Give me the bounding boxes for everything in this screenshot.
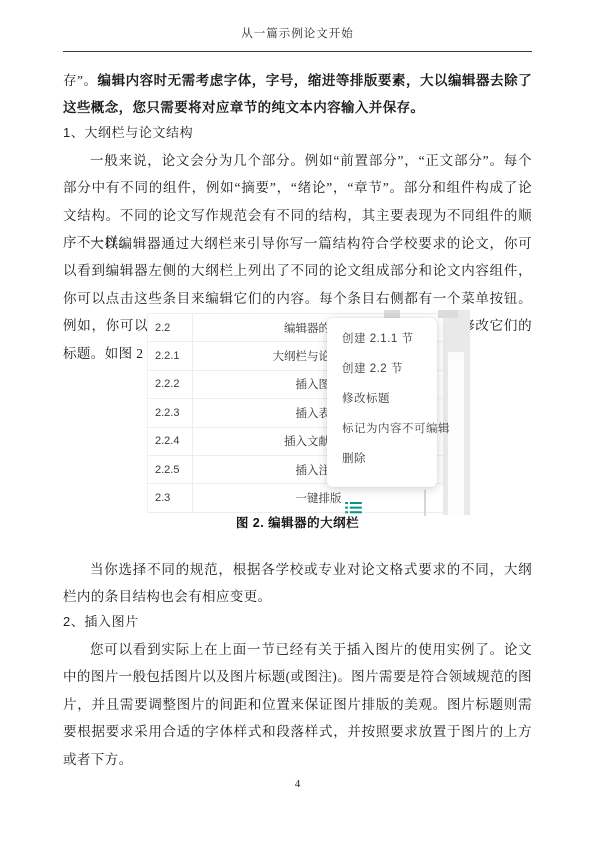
paragraph-bold-part: 编辑内容时无需考虑字体，字号，缩进等排版要素，大以编辑器去除了这些概念，您只需要… — [63, 73, 532, 115]
header-rule — [63, 51, 532, 52]
outline-row-number: 2.2 — [148, 322, 192, 334]
menu-item-delete: 删除 — [327, 444, 437, 474]
paragraph: 当你选择不同的规范，根据各学校或专业对论文格式要求的不同，大纲栏内的条目结构也会… — [63, 556, 532, 611]
outline-row-number: 2.3 — [148, 492, 192, 504]
page-edge-strip — [443, 310, 470, 515]
running-header: 从一篇示例论文开始 — [0, 25, 595, 41]
paragraph-continued: 存”。编辑内容时无需考虑字体，字号，缩进等排版要素，大以编辑器去除了这些概念，您… — [63, 67, 532, 122]
background-ui-fragment — [384, 310, 400, 318]
background-ui-fragment — [438, 310, 458, 318]
menu-item-mark-readonly: 标记为内容不可编辑 — [327, 414, 437, 444]
paragraph: 您可以看到实际上在上面一节已经有关于插入图片的使用实例了。论文中的图片一般包括图… — [63, 636, 532, 773]
outline-row-number: 2.2.3 — [148, 407, 192, 419]
page-edge-highlight — [448, 352, 464, 515]
outline-row-number: 2.2.4 — [148, 435, 192, 447]
section-heading-1: 1、大纲栏与论文结构 — [63, 119, 532, 146]
figure-caption: 图 2. 编辑器的大纲栏 — [0, 513, 595, 531]
page-number: 4 — [0, 778, 595, 790]
menu-item-create-subsection: 创建 2.1.1 节 — [327, 324, 437, 354]
menu-item-rename: 修改标题 — [327, 384, 437, 414]
context-menu: 创建 2.1.1 节 创建 2.2 节 修改标题 标记为内容不可编辑 删除 — [327, 318, 437, 487]
section-heading-2: 2、插入图片 — [63, 608, 532, 635]
figure-outline-screenshot: 2.2 编辑器的使用 2.2.1 大纲栏与论文结构 2.2.2 插入图片 2.2… — [147, 308, 470, 518]
outline-row-number: 2.2.1 — [148, 350, 192, 362]
outline-row-number: 2.2.2 — [148, 378, 192, 390]
outline-row: 2.3 一键排版 — [148, 483, 444, 511]
outline-row-title: 一键排版 — [192, 484, 444, 511]
paragraph-regular-part: 存”。 — [63, 73, 98, 88]
outline-row-number: 2.2.5 — [148, 464, 192, 476]
menu-item-create-section: 创建 2.2 节 — [327, 354, 437, 384]
document-page: 从一篇示例论文开始 存”。编辑内容时无需考虑字体，字号，缩进等排版要素，大以编辑… — [0, 0, 595, 842]
